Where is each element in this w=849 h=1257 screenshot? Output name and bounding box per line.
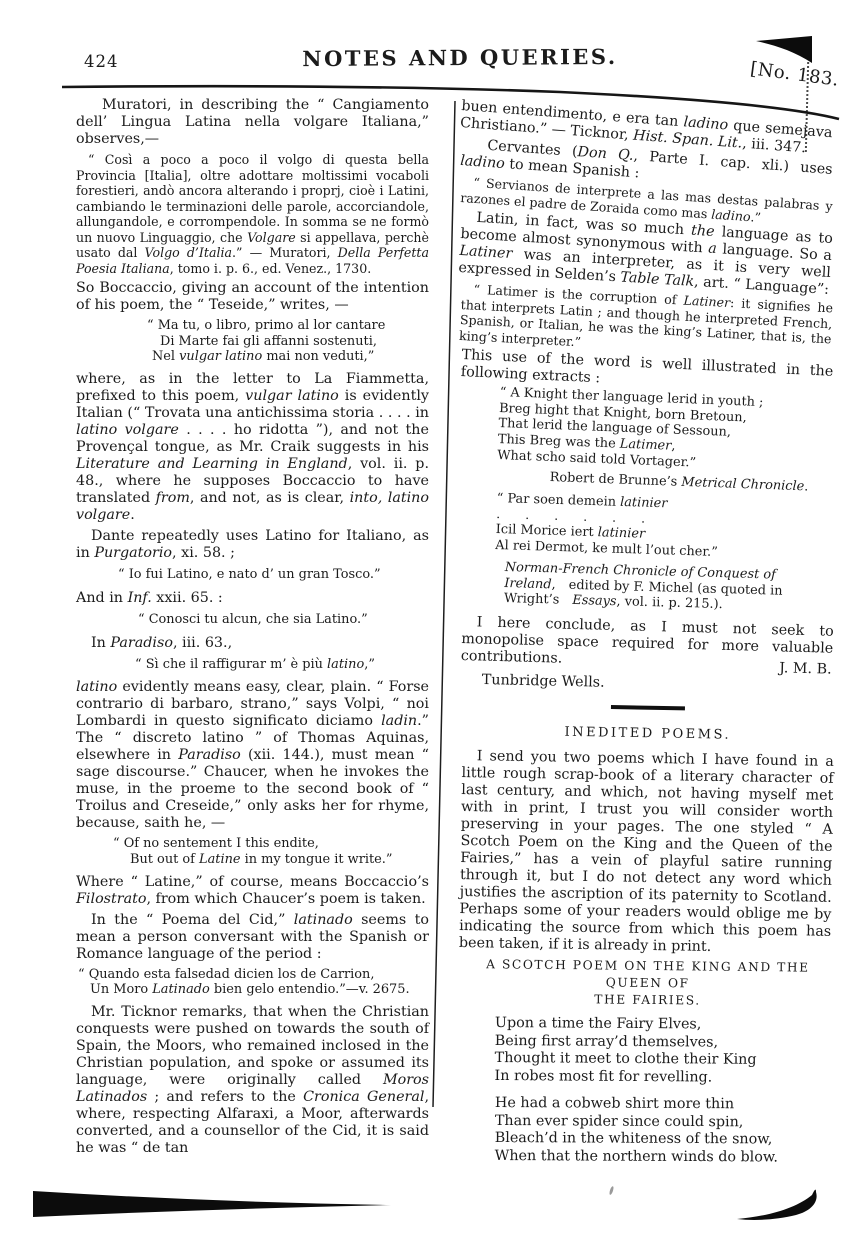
paragraph-poema-del-cid: In the “ Poema del Cid,” latinado seems … [76, 912, 429, 963]
paragraph-boccaccio: So Boccaccio, giving an account of the i… [76, 280, 429, 314]
journal-title: NOTES AND QUERIES. [290, 44, 630, 71]
verse-purgatorio: “ Io fui Latino, e nato d’ un gran Tosco… [118, 567, 429, 583]
paragraph-paradiso: In Paradiso, iii. 63., [76, 635, 429, 652]
quote-muratori: “ Così a poco a poco il volgo di questa … [76, 152, 429, 276]
bottom-right-scan-artifact [737, 1190, 817, 1220]
verse-knight: “ A Knight ther language lerid in youth … [497, 385, 834, 476]
right-column: buen entendimento, e era tan ladino que … [462, 98, 834, 1175]
poem-title-line2: THE FAIRIES. [461, 990, 833, 1011]
paragraph-two-poems: I send you two poems which I have found … [459, 748, 834, 958]
poem-stanza-1: Upon a time the Fairy Elves,Being first … [495, 1015, 834, 1088]
poem-title-line1: A SCOTCH POEM ON THE KING AND THE QUEEN … [486, 957, 810, 990]
attribution-norman-french: Norman-French Chronicle of Conquest of I… [504, 560, 834, 616]
verse-teseide: “ Ma tu, o libro, primo al lor cantareDi… [147, 318, 429, 365]
left-column: Muratori, in describing the “ Cangiament… [76, 97, 429, 1161]
issue-number: [No. 183. [749, 58, 840, 90]
section-heading-inedited-poems: INEDITED POEMS. [462, 723, 834, 744]
verse-cid: “ Quando esta falsedad dicien los de Car… [78, 967, 429, 998]
section-divider-rule [611, 705, 685, 710]
verse-par-soen: “ Par soen demein latinier. . . . . .Ici… [495, 491, 834, 564]
scan-speck-artifact [609, 1186, 615, 1195]
paragraph-ticknor: Mr. Ticknor remarks, that when the Chris… [76, 1004, 429, 1157]
verse-chaucer: “ Of no sentement I this endite,But out … [113, 836, 429, 867]
poem-stanza-2: He had a cobweb shirt more thinThan ever… [495, 1095, 834, 1168]
paragraph-filostrato: Where “ Latine,” of course, means Boccac… [76, 874, 429, 908]
paragraph-latino-meaning: latino evidently means easy, clear, plai… [76, 679, 429, 832]
verse-inferno: “ Conosci tu alcun, che sia Latino.” [138, 612, 429, 628]
paragraph-inferno: And in Inf. xxii. 65. : [76, 590, 429, 607]
paragraph-dante: Dante repeatedly uses Latino for Italian… [76, 528, 429, 562]
scanned-page: 424 NOTES AND QUERIES. [No. 183. Murator… [0, 0, 849, 1257]
page-number: 424 [84, 52, 119, 71]
bottom-left-scan-artifact [33, 1191, 391, 1217]
paragraph-muratori: Muratori, in describing the “ Cangiament… [76, 97, 429, 148]
poem-title: A SCOTCH POEM ON THE KING AND THE QUEEN … [461, 956, 834, 1011]
column-divider [433, 101, 455, 1107]
verse-paradiso: “ Sì che il raffigurar m’ è più latino,” [135, 657, 429, 673]
paragraph-fiammetta: where, as in the letter to La Fiammetta,… [76, 371, 429, 524]
